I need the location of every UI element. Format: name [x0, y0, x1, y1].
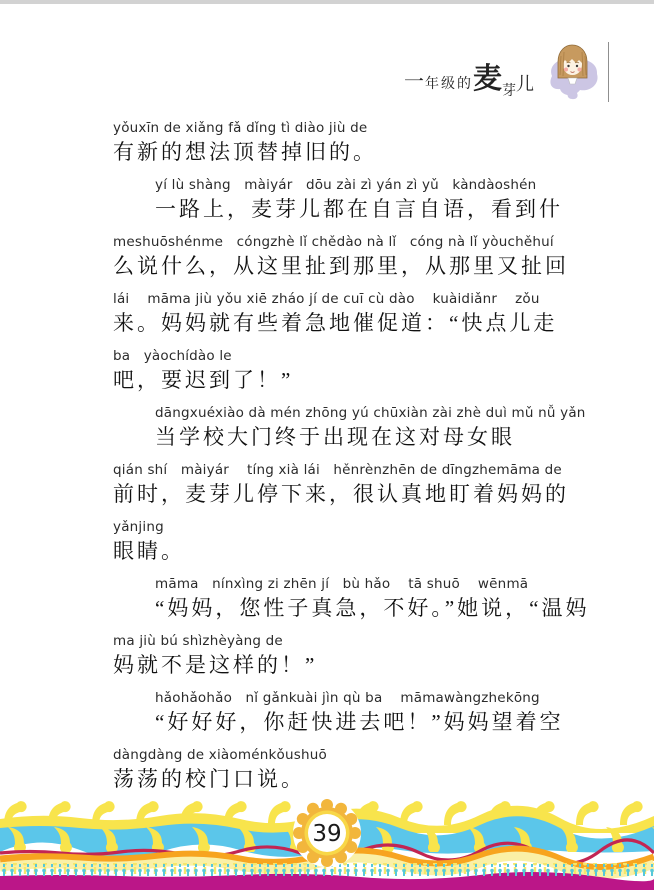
book-title-prefix: 年级的	[425, 77, 473, 92]
pinyin-line: dàngdàng de xiàoménkǒushuō	[113, 745, 583, 766]
hanzi-line: 一路上，麦芽儿都在自言自语，看到什	[155, 196, 583, 223]
book-title-sub: 芽	[502, 84, 516, 99]
hanzi-line: “好好好，你赶快进去吧！”妈妈望着空	[155, 709, 583, 736]
decorative-footer-border: 39	[0, 795, 654, 890]
text-line: yǒuxīn de xiǎng fǎ dǐng tì diào jiù de 有…	[113, 118, 583, 166]
hanzi-line: 前时，麦芽儿停下来，很认真地盯着妈妈的	[113, 481, 583, 508]
hanzi-line: “妈妈，您性子真急，不好。”她说，“温妈	[155, 595, 583, 622]
text-line: ma jiù bú shìzhèyàng de 妈就不是这样的！”	[113, 631, 583, 679]
hanzi-line: 荡荡的校门口说。	[113, 766, 583, 793]
pinyin-line: māma nínxìng zi zhēn jí bù hǎo tā shuō w…	[155, 574, 583, 595]
hanzi-line: 当学校大门终于出现在这对母女眼	[155, 424, 583, 451]
pinyin-line: qián shí màiyár tíng xià lái hěnrènzhēn …	[113, 460, 583, 481]
page-number-medallion: 39	[293, 799, 361, 867]
pinyin-line: yǒuxīn de xiǎng fǎ dǐng tì diào jiù de	[113, 118, 583, 139]
hanzi-line: 吧，要迟到了！”	[113, 367, 583, 394]
text-line: lái māma jiù yǒu xiē zháo jí de cuī cù d…	[113, 289, 583, 337]
text-line: yǎnjing 眼睛。	[113, 517, 583, 565]
text-line: qián shí màiyár tíng xià lái hěnrènzhēn …	[113, 460, 583, 508]
pinyin-line: meshuōshénme cóngzhè lǐ chědào nà lǐ cón…	[113, 232, 583, 253]
girl-avatar-illustration	[544, 42, 602, 102]
text-line: māma nínxìng zi zhēn jí bù hǎo tā shuō w…	[113, 574, 583, 622]
text-line: ba yàochídào le 吧，要迟到了！”	[113, 346, 583, 394]
header-vertical-rule	[608, 42, 609, 102]
hanzi-line: 来。妈妈就有些着急地催促道：“快点儿走	[113, 310, 583, 337]
pinyin-line: hǎohǎohǎo nǐ gǎnkuài jìn qù ba māmawàngz…	[155, 688, 583, 709]
book-title: 一年级的麦芽儿	[404, 56, 534, 100]
text-line: yí lù shàng màiyár dōu zài zì yán zì yǔ …	[113, 175, 583, 223]
chapter-header: 一年级的麦芽儿	[396, 42, 612, 102]
text-line: meshuōshénme cóngzhè lǐ chědào nà lǐ cón…	[113, 232, 583, 280]
story-text: yǒuxīn de xiǎng fǎ dǐng tì diào jiù de 有…	[113, 118, 583, 802]
text-line: hǎohǎohǎo nǐ gǎnkuài jìn qù ba māmawàngz…	[113, 688, 583, 736]
hanzi-line: 么说什么，从这里扯到那里，从那里又扯回	[113, 253, 583, 280]
book-title-dash: 一	[404, 71, 425, 93]
pinyin-line: ba yàochídào le	[113, 346, 583, 367]
pinyin-line: yǎnjing	[113, 517, 583, 538]
text-line: dàngdàng de xiàoménkǒushuō 荡荡的校门口说。	[113, 745, 583, 793]
pinyin-line: yí lù shàng màiyár dōu zài zì yán zì yǔ …	[155, 175, 583, 196]
pinyin-line: ma jiù bú shìzhèyàng de	[113, 631, 583, 652]
pinyin-line: dāngxuéxiào dà mén zhōng yú chūxiàn zài …	[155, 403, 583, 424]
pinyin-line: lái māma jiù yǒu xiē zháo jí de cuī cù d…	[113, 289, 583, 310]
hanzi-line: 妈就不是这样的！”	[113, 652, 583, 679]
hanzi-line: 有新的想法顶替掉旧的。	[113, 139, 583, 166]
page-top-edge	[0, 0, 654, 4]
book-title-big: 麦	[473, 63, 502, 95]
hanzi-line: 眼睛。	[113, 538, 583, 565]
text-line: dāngxuéxiào dà mén zhōng yú chūxiàn zài …	[113, 403, 583, 451]
page-number: 39	[312, 821, 341, 847]
book-title-suffix: 儿	[516, 74, 534, 94]
